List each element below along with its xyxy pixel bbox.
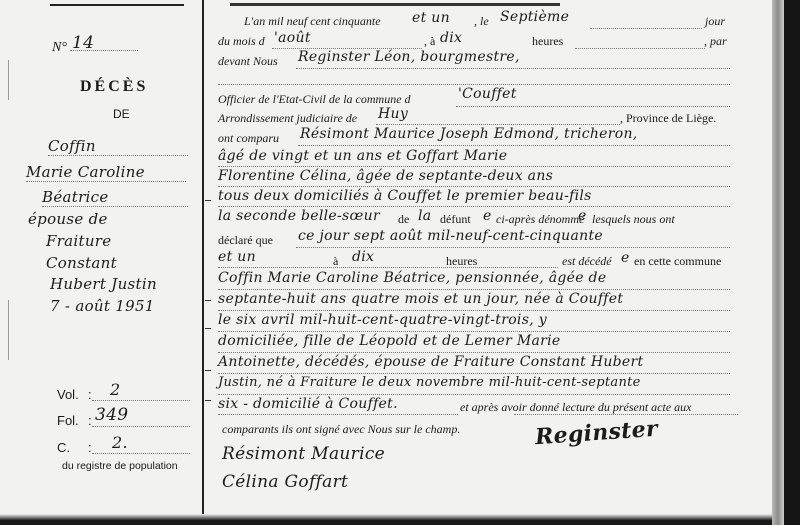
dotted-line <box>92 453 190 454</box>
declaration-date-handwritten: ce jour sept août mil-neuf-cent-cinquant… <box>298 228 603 244</box>
handwritten-line: domiciliée, fille de Léopold et de Lemer… <box>218 333 561 349</box>
dotted-line <box>456 106 730 107</box>
certificate-title: DÉCÈS <box>80 78 148 96</box>
dotted-line <box>575 48 705 49</box>
dotted-line <box>218 414 458 415</box>
act-text: , le <box>474 14 489 29</box>
year-handwritten: et un <box>412 10 450 26</box>
act-text: devant Nous <box>218 54 278 69</box>
vol-value: 2 <box>110 380 120 399</box>
dotted-line <box>376 124 620 125</box>
dotted-line <box>92 426 190 427</box>
handwritten-mark: e <box>578 208 587 224</box>
act-text: déclaré que <box>218 233 273 248</box>
act-text: défunt <box>440 212 471 227</box>
fol-value: 349 <box>95 405 128 425</box>
handwritten-line: Coffin Marie Caroline Béatrice, pensionn… <box>218 270 606 286</box>
top-rule-right <box>230 3 560 6</box>
act-text: ont comparu <box>218 131 279 146</box>
act-text: ci-après dénommé <box>496 212 584 227</box>
dotted-line <box>218 166 730 167</box>
handwritten-word: la <box>418 208 431 224</box>
act-text: Arrondissement judiciaire de <box>218 111 357 126</box>
dotted-line <box>218 186 730 187</box>
officer-handwritten: Reginster Léon, bourgmestre, <box>298 49 520 65</box>
deceased-line: Constant <box>46 254 117 272</box>
registry-caption: du registre de population <box>62 460 178 472</box>
certificate-number: 14 <box>72 33 94 53</box>
handwritten-line: septante-huit ans quatre mois et un jour… <box>218 291 623 307</box>
handwritten-line: Florentine Célina, âgée de septante-deux… <box>218 168 553 184</box>
handwritten-line: et un <box>218 249 256 265</box>
act-text: lesquels nous ont <box>592 212 675 227</box>
act-text: L'an mil neuf cent cinquante <box>244 14 381 29</box>
tick-mark <box>205 300 211 301</box>
certificate-subtitle: DE <box>113 107 130 121</box>
handwritten-line: le six avril mil-huit-cent-quatre-vingt-… <box>218 312 547 328</box>
death-certificate-page: N° 14 DÉCÈS DE Coffin Marie Caroline Béa… <box>0 0 772 520</box>
month-handwritten: 'août <box>274 30 311 46</box>
dotted-line <box>218 352 730 353</box>
dotted-line <box>26 181 186 182</box>
number-label: N° <box>52 40 67 56</box>
handwritten-mark: e <box>483 208 492 224</box>
dotted-line <box>218 84 730 85</box>
act-text: , par <box>704 34 727 49</box>
arrondissement-handwritten: Huy <box>378 106 408 122</box>
deceased-line: Fraiture <box>46 232 111 250</box>
c-label: C. <box>57 440 70 455</box>
fol-label: Fol. <box>57 413 79 428</box>
act-text: de <box>398 212 409 227</box>
act-text: jour <box>705 14 725 29</box>
deceased-line: Marie Caroline <box>26 163 145 181</box>
dotted-line <box>590 28 702 29</box>
act-text: est décédé <box>562 254 612 269</box>
handwritten-line: Antoinette, décédés, épouse de Fraiture … <box>218 354 643 370</box>
act-text: et après avoir donné lecture du présent … <box>460 400 692 415</box>
top-rule-left <box>50 4 184 6</box>
dotted-line <box>218 289 730 290</box>
date-of-death: 7 - août 1951 <box>50 297 155 315</box>
dotted-line <box>296 247 730 248</box>
c-value: 2. <box>112 433 128 452</box>
act-text: , à <box>424 34 435 49</box>
dotted-line <box>298 145 730 146</box>
dotted-line <box>296 68 730 69</box>
officer-signature: Reginster <box>534 416 658 451</box>
act-text: comparants ils ont signé avec Nous sur l… <box>222 422 460 437</box>
deceased-line: Hubert Justin <box>50 275 157 293</box>
day-handwritten: Septième <box>500 9 569 25</box>
commune-handwritten: 'Couffet <box>458 86 517 102</box>
witness-signature-1: Résimont Maurice <box>222 444 385 464</box>
handwritten-line: Justin, né à Fraiture le deux novembre m… <box>218 375 641 390</box>
dotted-line <box>92 400 190 401</box>
dotted-line <box>48 155 188 156</box>
tick-mark <box>205 200 211 201</box>
tick-mark <box>205 328 211 329</box>
dotted-line <box>218 394 730 395</box>
tick-mark <box>205 370 211 371</box>
handwritten-line: la seconde belle-sœur <box>218 208 380 224</box>
dotted-line <box>218 310 730 311</box>
binding-shadow <box>784 0 800 525</box>
act-text: en cette commune <box>634 254 721 269</box>
vol-label: Vol. <box>57 387 79 402</box>
dotted-line <box>218 206 730 207</box>
handwritten-line: âgé de vingt et un ans et Goffart Marie <box>218 148 507 164</box>
handwritten-line: tous deux domiciliés à Couffet le premie… <box>218 188 592 204</box>
dotted-line <box>218 331 730 332</box>
dotted-line <box>42 206 188 207</box>
appearing-parties-handwritten: Résimont Maurice Joseph Edmond, trichero… <box>300 126 638 142</box>
act-text: du mois d <box>218 34 265 49</box>
act-text: , Province de Liège. <box>620 111 716 126</box>
tick-mark <box>205 400 211 401</box>
handwritten-line: six - domicilié à Couffet. <box>218 396 398 412</box>
margin-mark <box>8 60 9 100</box>
page-edge <box>772 0 784 525</box>
dotted-line <box>218 267 558 268</box>
dotted-line <box>218 373 730 374</box>
deceased-line: épouse de <box>28 210 108 228</box>
act-text: Officier de l'Etat-Civil de la commune d <box>218 92 411 107</box>
hour-handwritten: dix <box>352 249 374 265</box>
witness-signature-2: Célina Goffart <box>222 472 348 492</box>
margin-mark <box>8 300 9 360</box>
act-text: heures <box>532 34 563 49</box>
deceased-line: Béatrice <box>42 188 109 206</box>
hour-handwritten: dix <box>440 30 462 46</box>
column-divider <box>202 0 204 520</box>
handwritten-mark: e <box>621 250 630 266</box>
dotted-line <box>514 414 738 415</box>
deceased-line: Coffin <box>48 137 96 155</box>
